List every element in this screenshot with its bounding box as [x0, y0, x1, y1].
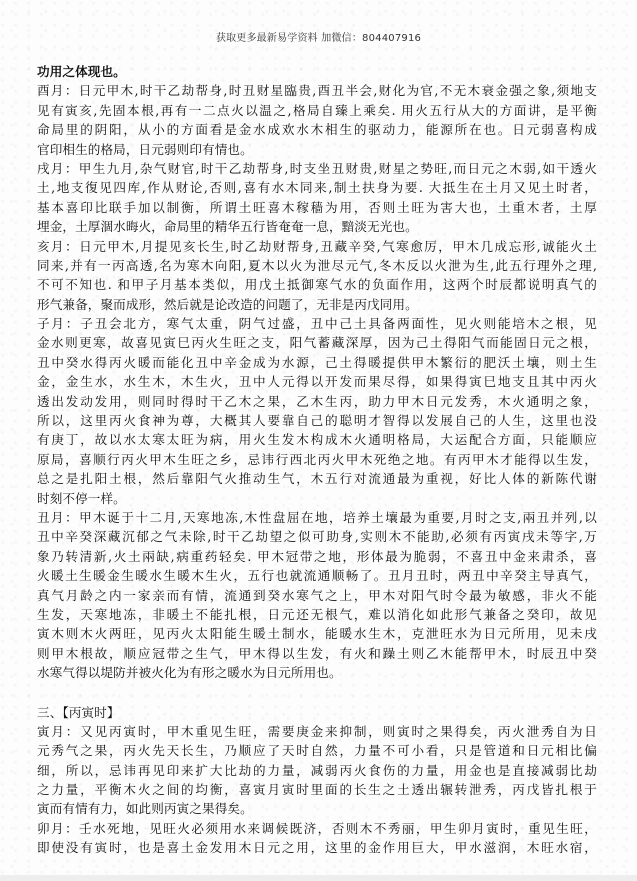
text-line: 则甲木根故，顺应冠带之生气，甲木得以生发，有火和躁土则乙木能帮甲木，时辰丑中癸: [37, 644, 597, 663]
text-line: 寅木则木火两旺，见丙火太阳能生暖土制水，能暖水生木，克泄旺水为日元所用，见未戌: [37, 624, 597, 643]
paragraph-hai-month: 亥月：日元甲木,月提见亥长生,时乙劫财帮身,丑藏辛癸,气寒愈厉，甲木几成忘形,诚…: [37, 237, 597, 315]
text-line: 透出发动发用，则同时得时干乙木之果，乙木生丙，助力甲木日元发秀，木火通明之象，: [37, 392, 597, 411]
text-line: 埋金，土厚涸水晦火，命局里的精华五行皆奄奄一息，黯淡无光也。: [37, 217, 597, 236]
paragraph-xu-month: 戌月：甲生九月,杂气财官,时干乙劫帮身,时支坐丑财贵,财星之势旺,而日元之木弱,…: [37, 159, 597, 237]
text-line: 基本喜印比联手加以制衡，所谓土旺喜木稼穑为用，否则土旺为害大也，土重木者，土厚: [37, 198, 597, 217]
text-line: 功用之体现也。: [37, 62, 597, 81]
text-line: 形气兼备，聚而成形，然后就是论改造的问题了，无非是丙戊同用。: [37, 295, 597, 314]
text-line: 土,地支復见四库,作从财论,否则,喜有水木同来,制土扶身为要. 大抵生在土月又见…: [37, 178, 597, 197]
section-spacer: [37, 683, 597, 703]
paragraph-zi-month: 子月：子丑会北方，寒气太重，阴气过盛，丑中己土具备两面性，见火则能培木之根，见 …: [37, 314, 597, 508]
text-line: 之力量，平衡木火之间的均衡，喜寅月寅时里面的长生之土透出辗转泄秀，丙戊皆扎根于: [37, 780, 597, 799]
text-line: 同来,并有一丙高透,名为寒木向阳,夏木以火为泄尽元气,冬木反以火泄为生,此五行理…: [37, 256, 597, 275]
text-line: 官印相生的格局，日元弱则印有情也。: [37, 140, 597, 159]
text-line: 有庚丁，故以水太寒太旺为病，用火生发木构成木火通明格局，大运配合方面，只能顺应: [37, 430, 597, 449]
document-body: 功用之体现也。 酉月：日元甲木,时干乙劫帮身,时丑财星臨贵,酉丑半会,财化为官,…: [37, 62, 597, 858]
text-line: 原局，喜顺行丙火甲木生旺之乡，忌讳行西北丙火甲木死绝之地。有丙甲木才能得以生发，: [37, 450, 597, 469]
text-line: 总之是扎阳土根，然后靠阳气火推动生气，木五行对流通最为重视，好比人体的新陈代谢: [37, 469, 597, 488]
scanned-document-page: 获取更多最新易学资料 加微信：804407916 功用之体现也。 酉月：日元甲木…: [0, 0, 637, 881]
text-line: 子月：子丑会北方，寒气太重，阴气过盛，丑中己土具备两面性，见火则能培木之根，见: [37, 314, 597, 333]
text-line: 真气月龄之内一家亲而有情，流通到癸水寒气之上，甲木对阳气时令最为敏感，非火不能: [37, 586, 597, 605]
text-line: 细，所以，忌讳再见印来扩大比劫的力量，减弱丙火食伤的力量，用金也是直接减弱比劫: [37, 761, 597, 780]
text-line: 寅月：又见丙寅时，甲木重见生旺，需要庚金来抑制，则寅时之果得矣，丙火泄秀自为日: [37, 722, 597, 741]
text-line: 戌月：甲生九月,杂气财官,时干乙劫帮身,时支坐丑财贵,财星之势旺,而日元之木弱,…: [37, 159, 597, 178]
text-line: 不可不知也. 和甲子月基本类似，用戊土抵御寒气水的负面作用，这两个时辰都说明真气…: [37, 275, 597, 294]
paragraph-mao-month: 卯月：壬水死地，见旺火必须用水来调候既济，否则木不秀丽，甲生卯月寅时，重见生旺，…: [37, 819, 597, 858]
text-line: 水寒气得以堤防并被火化为有形之暖水为日元所用也。: [37, 663, 597, 682]
text-line: 丑月：甲木诞于十二月,天寒地冻,木性盘屈在地，培养土壤最为重要,月时之支,兩丑并…: [37, 508, 597, 527]
text-line: 命局里的阴阳，从小的方面看是金水成欢水木相生的驱动力，能源所在也。日元弱喜构成: [37, 120, 597, 139]
text-line: 卯月：壬水死地，见旺火必须用水来调候既济，否则木不秀丽，甲生卯月寅时，重见生旺，: [37, 819, 597, 838]
text-line: 亥月：日元甲木,月提见亥长生,时乙劫财帮身,丑藏辛癸,气寒愈厉，甲木几成忘形,诚…: [37, 237, 597, 256]
section-heading: 三、【丙寅时】: [37, 703, 597, 722]
paragraph-chou-month: 丑月：甲木诞于十二月,天寒地冻,木性盘屈在地，培养土壤最为重要,月时之支,兩丑并…: [37, 508, 597, 683]
text-line: 金，金生水，水生木，木生火，丑中人元得以开发而果尽得，如果得寅巳地支且其中丙火: [37, 372, 597, 391]
paragraph-you-month: 酉月：日元甲木,时干乙劫帮身,时丑财星臨贵,酉丑半会,财化为官,不无木衰金强之象…: [37, 81, 597, 159]
text-line: 象乃转清新,火土兩缺,病重药轻矣. 甲木冠带之地，形体最为脆弱，不喜丑中金来肃杀…: [37, 547, 597, 566]
text-line: 元秀气之果，丙火先天长生，乃顺应了天时自然，力量不可小看，只是管道和日元相比偏: [37, 741, 597, 760]
text-line: 酉月：日元甲木,时干乙劫帮身,时丑财星臨贵,酉丑半会,财化为官,不无木衰金强之象…: [37, 81, 597, 100]
paragraph-yin-month: 寅月：又见丙寅时，甲木重见生旺，需要庚金来抑制，则寅时之果得矣，丙火泄秀自为日 …: [37, 722, 597, 819]
text-line: 即使没有寅时，也是喜土金发用木日元之用，这里的金作用巨大，甲水滋润，木旺水宿，: [37, 838, 597, 857]
text-line: 所以，这里丙火食神为尊，大概其人要靠自己的聪明才智得以发展自己的人生，这里也没: [37, 411, 597, 430]
text-line: 火暖土生暖金生暖水生暖木生火，五行也就流通顺畅了。丑月丑时，两丑中辛癸主导真气，: [37, 566, 597, 585]
watermark-header: 获取更多最新易学资料 加微信：804407916: [0, 29, 637, 44]
page-bottom-edge: [0, 875, 637, 881]
text-line: 丑中癸水得丙火暖而能化丑中辛金成为水源，己土得暖提供甲木繁衍的肥沃土壤，则土生: [37, 353, 597, 372]
text-line: 寅而有情有力，如此则丙寅之果得矣。: [37, 799, 597, 818]
text-line: 时刻不停一样。: [37, 489, 597, 508]
text-line: 生发，天寒地冻，非暖土不能扎根，日元还无根气，难以消化如此形气兼备之癸印，故见: [37, 605, 597, 624]
text-line: 丑中辛癸深藏沉郁之气未除,时干乙劫望之似可助身,实则木不能助,必须有丙寅戌未等字…: [37, 527, 597, 546]
text-line: 见有寅亥,先固本根,再有一二点火以温之,格局自臻上乘矣. 用火五行从大的方面讲，…: [37, 101, 597, 120]
text-line: 金水则更寒，故喜见寅巳丙火生旺之支，阳气蓄藏深厚，因为己土得阳气而能固日元之根，: [37, 333, 597, 352]
